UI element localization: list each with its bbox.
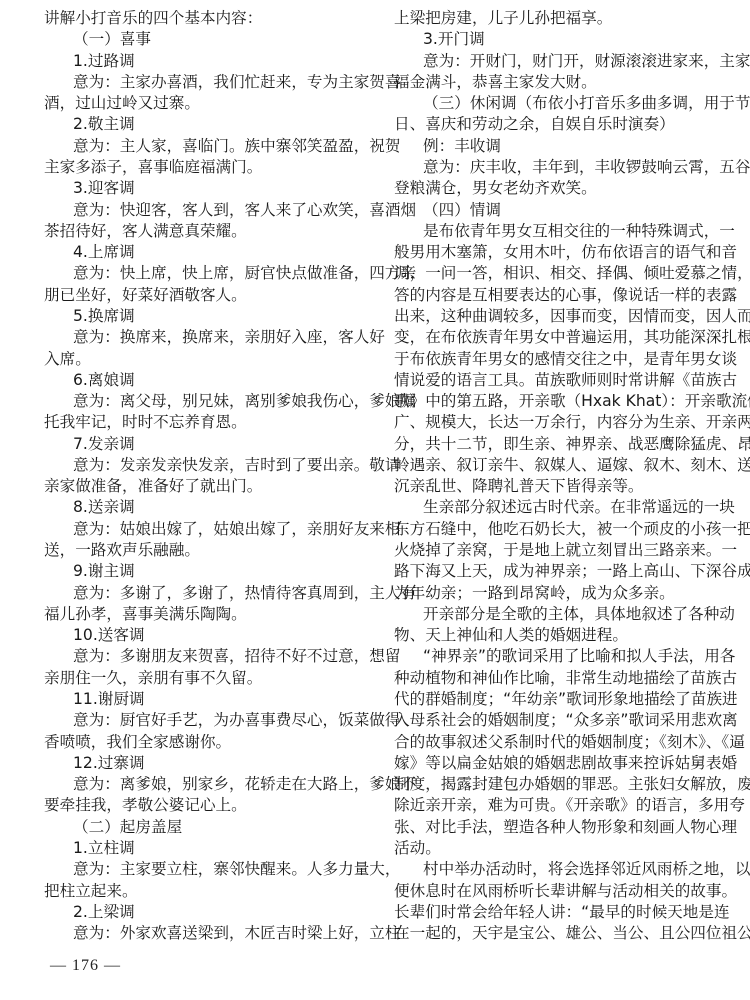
section-heading: 2.敬主调: [44, 114, 362, 135]
text-line: 般男用木塞箫，女用木叶，仿布依语言的语气和音: [394, 242, 712, 263]
section-heading: 5.换席调: [44, 306, 362, 327]
text-line: 意为：多谢朋友来贺喜，招待不好不过意，想留: [44, 646, 362, 667]
page-number: — 176 —: [50, 957, 121, 975]
text-line: 主家多添子，喜事临庭福满门。: [44, 157, 362, 178]
text-line: 意为：庆丰收，丰年到，丰收锣鼓响云霄，五谷丰: [394, 157, 712, 178]
text-line: 种动植物和神仙作比喻，非常生动地描绘了苗族古: [394, 668, 712, 689]
text-line: 歌》中的第五路，开亲歌（Hxak Khat）：开亲歌流传: [394, 391, 712, 412]
text-line: 意为：换席来，换席来，亲朋好入座，客人好: [44, 327, 362, 348]
text-line: 上梁把房建，儿子儿孙把福享。: [394, 8, 712, 29]
text-line: 福儿孙孝，喜事美满乐陶陶。: [44, 604, 362, 625]
text-line: 代的群婚制度；“年幼亲”歌词形象地描绘了苗族进: [394, 689, 712, 710]
text-line: 茶招待好，客人满意真荣耀。: [44, 221, 362, 242]
text-line: 登粮满仓，男女老幼齐欢笑。: [394, 178, 712, 199]
text-line: 调，一问一答，相识、相交、择偶、倾吐爱慕之情，其问: [394, 263, 712, 284]
text-line: 便休息时在风雨桥听长辈讲解与活动相关的故事。: [394, 881, 712, 902]
text-line: 意为：主人家，喜临门。族中寨邻笑盈盈，祝贺: [44, 136, 362, 157]
text-line: 意为：主家要立柱，寨邻快醒来。人多力量大，: [44, 859, 362, 880]
text-line: 火烧掉了亲窝，于是地上就立刻冒出三路亲来。一: [394, 540, 712, 561]
text-line: 福金满斗，恭喜主家发大财。: [394, 72, 712, 93]
text-line: 意为：主家办喜酒，我们忙赶来，专为主家贺喜: [44, 72, 362, 93]
text-line: 东方石缝中，他吃石奶长大，被一个顽皮的小孩一把: [394, 519, 712, 540]
text-line: 入母系社会的婚姻制度；“众多亲”歌词采用悲欢离: [394, 710, 712, 731]
section-heading: 9.谢主调: [44, 561, 362, 582]
section-heading: 2.上梁调: [44, 902, 362, 923]
section-heading: 6.离娘调: [44, 370, 362, 391]
text-line: 路下海又上天，成为神界亲；一路上高山、下深谷成: [394, 561, 712, 582]
text-line: 要牵挂我，孝敬公婆记心上。: [44, 795, 362, 816]
book-page: 讲解小打音乐的四个基本内容：（一）喜事1.过路调意为：主家办喜酒，我们忙赶来，专…: [0, 0, 750, 1000]
text-line: 意为：多谢了，多谢了，热情待客真周到，主人有: [44, 583, 362, 604]
text-line: 送，一路欢声乐融融。: [44, 540, 362, 561]
section-heading: 11.谢厨调: [44, 689, 362, 710]
text-line: 合的故事叙述父系制时代的婚姻制度；《刻木》、《逼: [394, 732, 712, 753]
text-line: 岭遇亲、叙订亲牛、叙媒人、逼嫁、叙木、刻木、送木、: [394, 455, 712, 476]
text-line: 托我牢记，时时不忘养育恩。: [44, 412, 362, 433]
text-line: 意为：姑娘出嫁了，姑娘出嫁了，亲朋好友来相: [44, 519, 362, 540]
text-line: 答的内容是互相要表达的心事，像说话一样的表露: [394, 285, 712, 306]
text-line: 意为：离爹娘，别家乡，花轿走在大路上，爹娘不: [44, 774, 362, 795]
text-line: 亲家做准备，准备好了就出门。: [44, 476, 362, 497]
section-heading: 3.开门调: [394, 29, 712, 50]
section-heading: 讲解小打音乐的四个基本内容：: [44, 8, 362, 29]
text-line: 意为：离父母，别兄妹，离别爹娘我伤心，爹娘嘱: [44, 391, 362, 412]
text-line: 意为：开财门，财门开，财源滚滚进家来，主家有: [394, 51, 712, 72]
text-line: 亲朋住一久，亲朋有事不久留。: [44, 668, 362, 689]
text-line: “神界亲”的歌词采用了比喻和拟人手法，用各: [394, 646, 712, 667]
text-line: 为年幼亲；一路到昂窝岭，成为众多亲。: [394, 583, 712, 604]
text-line: 是布依青年男女互相交往的一种特殊调式，一: [394, 221, 712, 242]
text-line: 意为：厨官好手艺，为办喜事费尽心，饭菜做得: [44, 710, 362, 731]
text-line: 制度，揭露封建包办婚姻的罪恶。主张妇女解放，废: [394, 774, 712, 795]
text-line: 开亲部分是全歌的主体，具体地叙述了各种动: [394, 604, 712, 625]
text-line: 活动。: [394, 838, 712, 859]
right-column: 上梁把房建，儿子儿孙把福享。3.开门调意为：开财门，财门开，财源滚滚进家来，主家…: [394, 8, 712, 944]
section-heading: （二）起房盖屋: [44, 817, 362, 838]
text-line: 入席。: [44, 349, 362, 370]
text-line: 于布依族青年男女的感情交往之中，是青年男女谈: [394, 349, 712, 370]
section-heading: 1.立柱调: [44, 838, 362, 859]
section-heading: 12.过寨调: [44, 753, 362, 774]
text-line: 沉亲乱世、降聘礼普天下皆得亲等。: [394, 476, 712, 497]
text-line: 嫁》等以扁金姑娘的婚姻悲剧故事来控诉姑舅表婚: [394, 753, 712, 774]
text-line: 变，在布依族青年男女中普遍运用，其功能深深扎根: [394, 327, 712, 348]
section-heading: 4.上席调: [44, 242, 362, 263]
text-line: 意为：发亲发亲快发亲，吉时到了要出亲。敬请: [44, 455, 362, 476]
text-line: 意为：快迎客，客人到，客人来了心欢笑，喜酒烟: [44, 200, 362, 221]
left-column: 讲解小打音乐的四个基本内容：（一）喜事1.过路调意为：主家办喜酒，我们忙赶来，专…: [44, 8, 362, 944]
text-line: 酒，过山过岭又过寨。: [44, 93, 362, 114]
section-heading: 8.送亲调: [44, 497, 362, 518]
text-line: 把柱立起来。: [44, 881, 362, 902]
text-line: 张、对比手法，塑造各种人物形象和刻画人物心理: [394, 817, 712, 838]
text-line: 物、天上神仙和人类的婚姻进程。: [394, 625, 712, 646]
text-line: 广、规模大，长达一万余行，内容分为生亲、开亲两部: [394, 412, 712, 433]
text-line: 朋已坐好，好菜好酒敬客人。: [44, 285, 362, 306]
text-line: （三）休闲调（布依小打音乐多曲多调，用于节: [394, 93, 712, 114]
section-heading: 1.过路调: [44, 51, 362, 72]
text-line: 村中举办活动时，将会选择邻近风雨桥之地，以: [394, 859, 712, 880]
text-line: 分，共十二节，即生亲、神界亲、战恶鹰除猛虎、昂窝: [394, 434, 712, 455]
section-heading: 3.迎客调: [44, 178, 362, 199]
text-line: 意为：外家欢喜送梁到，木匠吉时梁上好，立柱: [44, 923, 362, 944]
text-line: 日、喜庆和劳动之余，自娱自乐时演奏）: [394, 114, 712, 135]
section-heading: 10.送客调: [44, 625, 362, 646]
text-line: 情说爱的语言工具。苗族歌师则时常讲解《苗族古: [394, 370, 712, 391]
text-line: 长辈们时常会给年轻人讲：“最早的时候天地是连: [394, 902, 712, 923]
section-heading: （四）情调: [394, 200, 712, 221]
section-heading: 7.发亲调: [44, 434, 362, 455]
text-line: 意为：快上席，快上席，厨官快点做准备，四方亲: [44, 263, 362, 284]
text-line: 在一起的，天宇是宝公、雄公、当公、且公四位祖公用: [394, 923, 712, 944]
section-heading: 例：丰收调: [394, 136, 712, 157]
text-line: 香喷喷，我们全家感谢你。: [44, 732, 362, 753]
section-heading: （一）喜事: [44, 29, 362, 50]
text-line: 生亲部分叙述远古时代亲。在非常遥远的一块: [394, 497, 712, 518]
text-line: 出来，这种曲调较多，因事而变，因情而变，因人而: [394, 306, 712, 327]
text-line: 除近亲开亲，难为可贵。《开亲歌》的语言，多用夸: [394, 795, 712, 816]
